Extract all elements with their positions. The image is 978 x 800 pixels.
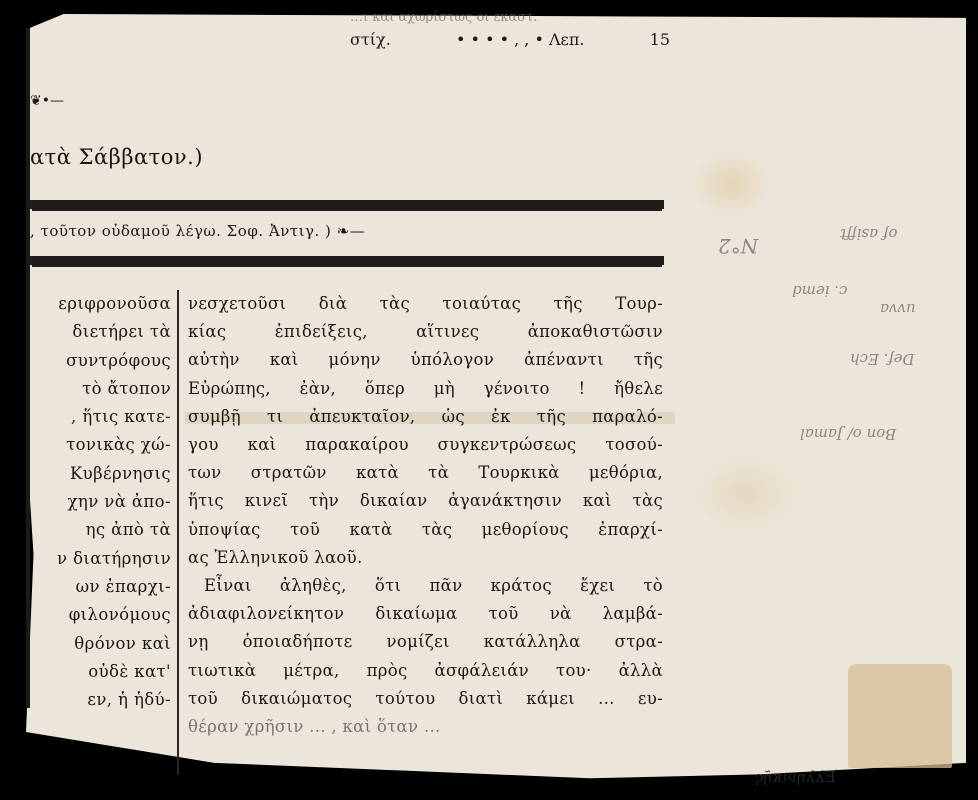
pencil-note: Def. Ech: [850, 350, 914, 368]
text-line: Εὐρώπης, ἐὰν, ὅπερ μὴ γένοιτο ! ἤθελε: [188, 375, 663, 403]
running-head: στίχ. • • • • , , • Λεπ. 15: [350, 30, 670, 49]
left-column: εριφρονοῦσα διετήρει τὰ συντρόφους τὸ ἄτ…: [30, 290, 175, 714]
masthead-ornament: ❦•—: [30, 90, 64, 110]
text-line: κίας ἐπιδείξεις, αἵτινες ἀποκαθιστῶσιν: [188, 318, 663, 346]
text-line: θρόνον καὶ: [30, 630, 175, 658]
text-line: ἀδιαφιλονείκητον δικαίωμα τοῦ νὰ λαμβά-: [188, 600, 663, 628]
text-line: αὐτὴν καὶ μόνην ὑπόλογον ἀπέναντι τῆς: [188, 346, 663, 374]
text-line: χην νὰ ἀπο-: [30, 488, 175, 516]
text-line: γου καὶ παρακαίρου συγκεντρώσεως τοσού-: [188, 431, 663, 459]
pencil-note: of asifft: [840, 225, 897, 243]
column-divider: [177, 290, 179, 775]
epigraph: , τοῦτον οὐδαμοῦ λέγω. Σοφ. Ἀντιγ. ) ❧—: [30, 222, 365, 240]
text-line: τοῦ δικαιώματος τούτου διατὶ κάμει … ευ-: [188, 685, 663, 713]
text-line: ων ἐπαρχι-: [30, 573, 175, 601]
text-line: ης ἀπὸ τὰ: [30, 516, 175, 544]
masthead-title-fragment: ατὰ Σάββατον.): [30, 145, 203, 169]
text-line: εν, ἡ ἡδύ-: [30, 686, 175, 714]
text-line: τονικὰς χώ-: [30, 431, 175, 459]
pencil-note: c. iemd: [792, 282, 847, 300]
text-line: διετήρει τὰ: [30, 318, 175, 346]
text-line: , ἥτις κατε-: [30, 403, 175, 431]
main-column: νεσχετοῦσι διὰ τὰς τοιαύτας τῆς Τουρ- κί…: [188, 290, 663, 741]
text-line: των στρατῶν κατὰ τὰ Τουρκικὰ μεθόρια,: [188, 459, 663, 487]
pencil-note: uvva: [880, 300, 916, 318]
double-rule-bottom: [30, 256, 664, 265]
double-rule-top: [30, 200, 664, 209]
text-line: ν διατήρησιν: [30, 545, 175, 573]
text-line: τιωτικὰ μέτρα, πρὸς ἀσφάλειάν του· ἀλλὰ: [188, 657, 663, 685]
text-line: νεσχετοῦσι διὰ τὰς τοιαύτας τῆς Τουρ-: [188, 290, 663, 318]
text-line: φιλονόμους: [30, 601, 175, 629]
text-line: ἥτις κινεῖ τὴν δικαίαν ἀγανάκτησιν καὶ τ…: [188, 487, 663, 515]
paragraph-start: Εἶναι ἀληθὲς, ὅτι πᾶν κράτος ἔχει τὸ: [188, 572, 663, 600]
epigraph-text: , τοῦτον οὐδαμοῦ λέγω. Σοφ. Ἀντιγ. ): [30, 222, 331, 240]
text-line: τὸ ἄτοπον: [30, 375, 175, 403]
running-head-left: στίχ.: [350, 30, 391, 49]
text-line: οὐδὲ κατ': [30, 658, 175, 686]
text-line: νῃ ὁποιαδήποτε νομίζει κατάλληλα στρα-: [188, 628, 663, 656]
running-head-faint-line: …ι και αχωρίστως οι εκαστ.: [350, 10, 537, 25]
text-line: συμβῇ τι ἀπευκταῖον, ὡς ἐκ τῆς παραλό-: [188, 403, 663, 431]
text-line-torn: θέραν χρῆσιν … , καὶ ὅταν …: [188, 713, 663, 741]
running-head-dots: • • • • , , • Λεπ.: [456, 30, 584, 49]
text-line: Κυβέρνησις: [30, 460, 175, 488]
pencil-number-mark: N°2: [718, 234, 758, 258]
adhesive-tape-patch: [848, 664, 952, 768]
text-line: εριφρονοῦσα: [30, 290, 175, 318]
show-through-text: Ἑλληνικῆς: [755, 768, 837, 786]
fleuron-icon: ❧—: [337, 222, 366, 240]
text-line: συντρόφους: [30, 347, 175, 375]
text-line: ὑποψίας τοῦ κατὰ τὰς μεθορίους ἐπαρχί-: [188, 516, 663, 544]
page-number: 15: [650, 30, 670, 49]
text-line: ας Ἑλληνικοῦ λαοῦ.: [188, 544, 663, 572]
pencil-note: Bon o/ Jamal: [800, 425, 896, 443]
fleuron-icon: ❦•—: [30, 93, 64, 109]
